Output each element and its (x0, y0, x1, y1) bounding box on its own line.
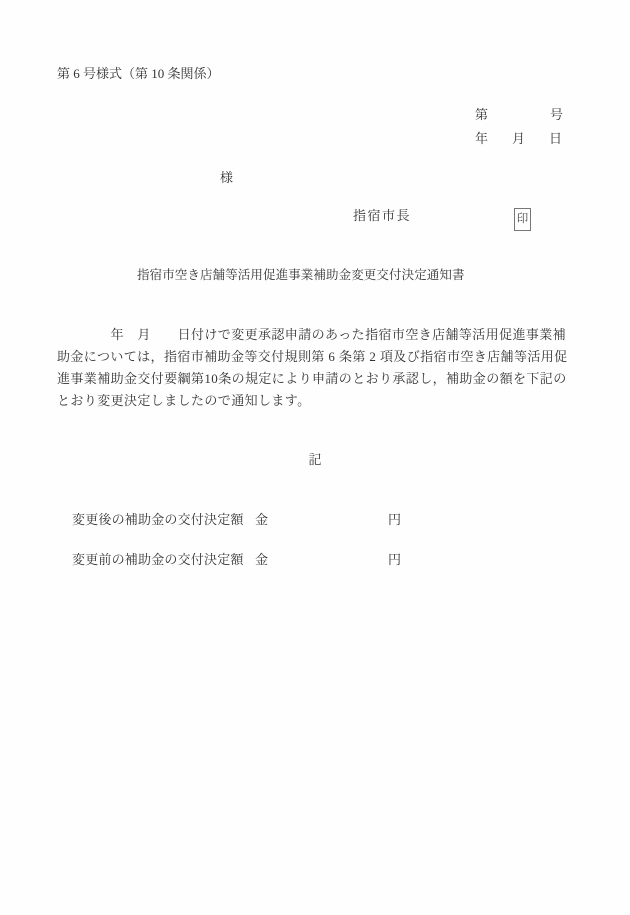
currency-prefix: 金 (255, 513, 268, 526)
body-paragraph: 年 月 日付けで変更承認申請のあった指宿市空き店舗等活用促進事業補 助金について… (57, 324, 582, 412)
currency-unit: 円 (388, 553, 401, 566)
body-line: とおり変更決定しましたので通知します。 (57, 390, 582, 412)
sender-title: 指宿市長 (353, 209, 411, 222)
amount-label: 変更後の補助金の交付決定額 (72, 513, 244, 526)
currency-unit: 円 (388, 513, 401, 526)
date-day-label: 日 (549, 132, 562, 145)
body-line: 助金については，指宿市補助金等交付規則第 6 条第 2 項及び指宿市空き店舗等活… (57, 346, 582, 368)
document-page: 第 6 号様式（第 10 条関係） 第 号 年 月 日 様 指宿市長 印 指宿市… (0, 0, 630, 915)
currency-prefix: 金 (255, 553, 268, 566)
form-number: 第 6 号様式（第 10 条関係） (57, 67, 220, 80)
date-month-label: 月 (512, 132, 525, 145)
seal-label: 印 (517, 214, 529, 226)
body-line: 年 月 日付けで変更承認申請のあった指宿市空き店舗等活用促進事業補 (57, 324, 582, 346)
document-number-suffix: 号 (550, 108, 563, 121)
amount-label: 変更前の補助金の交付決定額 (72, 553, 244, 566)
document-number-prefix: 第 (475, 108, 488, 121)
addressee-honorific: 様 (220, 171, 233, 184)
amount-row-before-change: 変更前の補助金の交付決定額 金 円 (0, 553, 630, 569)
date-year-label: 年 (475, 132, 488, 145)
seal-placeholder-box: 印 (514, 208, 531, 231)
amount-row-after-change: 変更後の補助金の交付決定額 金 円 (0, 513, 630, 529)
document-title: 指宿市空き店舗等活用促進事業補助金変更交付決定通知書 (137, 269, 465, 282)
record-marker: 記 (0, 453, 630, 466)
body-line: 進事業補助金交付要綱第10条の規定により申請のとおり承認し，補助金の額を下記の (57, 368, 582, 390)
